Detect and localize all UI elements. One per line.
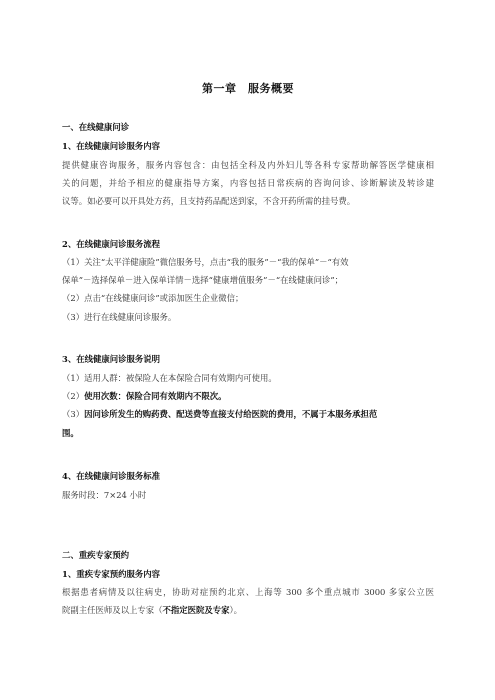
paragraph-line: 提供健康咨询服务，服务内容包含：由包括全科及内外妇儿等各科专家帮助解答医学健康相 — [62, 159, 434, 171]
subsection-heading-notes: 3、在线健康问诊服务说明 — [62, 353, 160, 365]
list-marker: （3） — [62, 409, 84, 419]
subsection-heading-content: 1、在线健康问诊服务内容 — [62, 140, 160, 152]
paragraph-line: 关的问题，并给予相应的健康指导方案，内容包括日常疾病的咨询问诊、诊断解读及转诊建 — [62, 177, 434, 189]
exclusion-text: 因问诊所发生的购药费、配送费等直接支付给医院的费用，不属于本服务承担范 — [84, 409, 377, 419]
chapter-title: 第一章 服务概要 — [62, 80, 434, 96]
paragraph-line: 保单”－选择保单－进入保单详情－选择“健康增值服务”－“在线健康问诊”； — [62, 274, 343, 286]
paragraph-line: 议等。如必要可以开具处方药，且支持药品配送到家，不含开药所需的挂号费。 — [62, 195, 355, 207]
paragraph-line: 围。 — [62, 427, 79, 439]
subsection-heading-standard: 4、在线健康问诊服务标准 — [62, 470, 160, 482]
paragraph-line: （1）关注“太平洋健康险”微信服务号，点击“我的服务”－“我的保单”－“有效 — [62, 256, 412, 268]
list-marker: （2） — [62, 391, 84, 401]
paragraph-line: （3）因问诊所发生的购药费、配送费等直接支付给医院的费用，不属于本服务承担范 — [62, 408, 377, 420]
paragraph-line: （2）点击“在线健康问诊”或添加医生企业微信； — [62, 292, 243, 304]
section-heading-online-consultation: 一、在线健康问诊 — [62, 121, 129, 133]
paragraph-line: （3）进行在线健康问诊服务。 — [62, 311, 176, 323]
text-span: 院副主任医师及以上专家（ — [62, 605, 163, 615]
subsection-heading-process: 2、在线健康问诊服务流程 — [62, 238, 160, 250]
paragraph-line: （2）使用次数：保险合同有效期内不限次。 — [62, 390, 226, 402]
paragraph-line: （1）适用人群：被保险人在本保险合同有效期内可使用。 — [62, 372, 277, 384]
section-heading-expert-appointment: 二、重疾专家预约 — [62, 549, 129, 561]
usage-count-text: 使用次数：保险合同有效期内不限次。 — [84, 391, 226, 401]
text-span: ）。 — [230, 605, 243, 615]
paragraph-line: 服务时段：7×24 小时 — [62, 489, 146, 501]
subsection-heading-expert-content: 1、重疾专家预约服务内容 — [62, 568, 160, 580]
paragraph-line: 根据患者病情及以往病史，协助对症预约北京、上海等 300 多个重点城市 3000… — [62, 586, 434, 598]
not-specified-text: 不指定医院及专家 — [163, 605, 230, 615]
paragraph-line: 院副主任医师及以上专家（不指定医院及专家）。 — [62, 604, 242, 616]
